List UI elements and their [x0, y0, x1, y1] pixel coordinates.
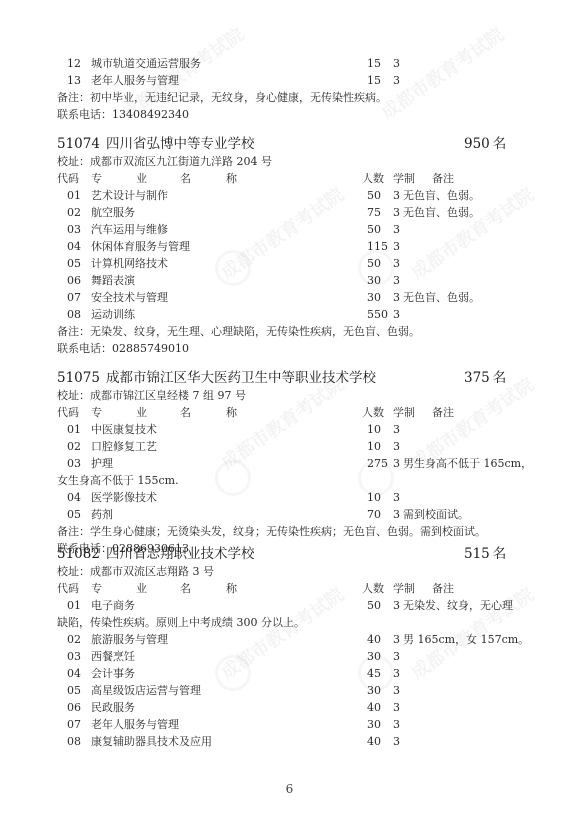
school-address: 校址：成都市双流区志翔路 3 号: [57, 565, 214, 579]
enrollment-count: 30: [367, 718, 381, 732]
program-years: 3: [393, 667, 400, 681]
header-notes: 备注: [432, 406, 454, 420]
major-code: 01: [67, 423, 81, 437]
quota-number: 950: [464, 136, 490, 152]
header-years: 学制: [393, 406, 415, 420]
enrollment-count: 15: [367, 74, 381, 88]
program-years: 3: [393, 718, 400, 732]
school-title: 51074四川省弘博中等专业学校 950名: [57, 135, 537, 153]
school-id: 51075: [57, 370, 100, 386]
program-years: 3: [393, 457, 400, 471]
table-row: 08 康复辅助器具技术及应用 40 3: [0, 735, 579, 749]
table-row: 03 护理 275 3 男生身高不低于 165cm，: [0, 457, 579, 471]
major-code: 04: [67, 240, 81, 254]
school-name: 四川省志翔职业技术学校: [106, 546, 255, 562]
school-name: 成都市锦江区华大医药卫生中等职业技术学校: [106, 370, 376, 386]
enrollment-count: 75: [367, 206, 381, 220]
header-name-char: 业: [136, 406, 147, 420]
table-row: 05 计算机网络技术 50 3: [0, 257, 579, 271]
major-note: 无染发、纹身，无心理: [403, 599, 513, 613]
table-row: 02 旅游服务与管理 40 3 男 165cm，女 157cm。: [0, 633, 579, 647]
major-name: 中医康复技术: [91, 423, 157, 437]
program-years: 3: [393, 684, 400, 698]
header-count: 人数: [362, 406, 384, 420]
program-years: 3: [393, 599, 400, 613]
program-years: 3: [393, 735, 400, 749]
major-name: 舞蹈表演: [91, 274, 135, 288]
enrollment-count: 50: [367, 223, 381, 237]
table-row: 06 舞蹈表演 30 3: [0, 274, 579, 288]
enrollment-count: 10: [367, 423, 381, 437]
table-row: 01 艺术设计与制作 50 3 无色盲、色弱。: [0, 189, 579, 203]
major-note: 无色盲、色弱。: [403, 291, 480, 305]
table-row: 02 口腔修复工艺 10 3: [0, 440, 579, 454]
major-name: 艺术设计与制作: [91, 189, 168, 203]
table-row: 08 运动训练 550 3: [0, 308, 579, 322]
major-name: 老年人服务与管理: [91, 74, 179, 88]
table-header: 代码 专 业 名 称 人数 学制 备注: [0, 582, 579, 596]
program-years: 3: [393, 206, 400, 220]
enrollment-count: 50: [367, 257, 381, 271]
major-name: 城市轨道交通运营服务: [91, 57, 201, 71]
program-years: 3: [393, 508, 400, 522]
enrollment-count: 10: [367, 491, 381, 505]
school-id: 51082: [57, 546, 100, 562]
watermark: 成都市教育考试院: [376, 21, 509, 125]
table-row: 13 老年人服务与管理 15 3: [0, 74, 579, 88]
quota-unit: 名: [493, 546, 507, 562]
major-note: 男生身高不低于 165cm，: [403, 457, 532, 471]
major-code: 12: [67, 57, 81, 71]
major-code: 04: [67, 667, 81, 681]
table-row: 04 休闲体育服务与管理 115 3: [0, 240, 579, 254]
school-name: 四川省弘博中等专业学校: [106, 136, 255, 152]
enrollment-count: 550: [367, 308, 388, 322]
table-row: 07 安全技术与管理 30 3 无色盲、色弱。: [0, 291, 579, 305]
quota-unit: 名: [493, 136, 507, 152]
table-row: 01 中医康复技术 10 3: [0, 423, 579, 437]
major-name: 安全技术与管理: [91, 291, 168, 305]
school-address: 校址：成都市双流区九江街道九洋路 204 号: [57, 155, 272, 169]
school-title: 51075成都市锦江区华大医药卫生中等职业技术学校 375名: [57, 369, 537, 387]
major-code: 01: [67, 599, 81, 613]
major-name: 计算机网络技术: [91, 257, 168, 271]
major-code: 06: [67, 701, 81, 715]
major-code: 05: [67, 257, 81, 271]
major-name: 康复辅助器具技术及应用: [91, 735, 212, 749]
major-code: 02: [67, 440, 81, 454]
enrollment-count: 30: [367, 684, 381, 698]
major-code: 02: [67, 633, 81, 647]
header-code: 代码: [57, 172, 79, 186]
major-code: 05: [67, 508, 81, 522]
school-title: 51082四川省志翔职业技术学校 515名: [57, 545, 537, 563]
enrollment-count: 115: [367, 240, 388, 254]
major-code: 13: [67, 74, 81, 88]
program-years: 3: [393, 633, 400, 647]
enrollment-count: 40: [367, 735, 381, 749]
major-name: 护理: [91, 457, 113, 471]
program-years: 3: [393, 650, 400, 664]
major-code: 02: [67, 206, 81, 220]
major-code: 01: [67, 189, 81, 203]
table-row: 06 民政服务 40 3: [0, 701, 579, 715]
major-note: 需到校面试。: [403, 508, 469, 522]
major-name: 会计事务: [91, 667, 135, 681]
major-name: 老年人服务与管理: [91, 718, 179, 732]
enrollment-count: 15: [367, 57, 381, 71]
quota-number: 515: [464, 546, 490, 562]
header-years: 学制: [393, 582, 415, 596]
table-row: 05 药剂 70 3 需到校面试。: [0, 508, 579, 522]
program-years: 3: [393, 291, 400, 305]
program-years: 3: [393, 189, 400, 203]
school-quota: 375名: [464, 369, 506, 387]
enrollment-count: 30: [367, 291, 381, 305]
program-years: 3: [393, 491, 400, 505]
major-code: 06: [67, 274, 81, 288]
major-name: 旅游服务与管理: [91, 633, 168, 647]
enrollment-count: 45: [367, 667, 381, 681]
table-row: 04 会计事务 45 3: [0, 667, 579, 681]
enrollment-count: 50: [367, 189, 381, 203]
major-code: 08: [67, 735, 81, 749]
school-quota: 515名: [464, 545, 506, 563]
major-name: 航空服务: [91, 206, 135, 220]
program-years: 3: [393, 57, 400, 71]
page-number: 6: [0, 782, 579, 796]
remarks: 备注：初中毕业，无违纪记录，无纹身，身心健康，无传染性疾病。: [57, 91, 387, 105]
major-code: 07: [67, 718, 81, 732]
program-years: 3: [393, 308, 400, 322]
program-years: 3: [393, 440, 400, 454]
header-name-char: 名: [180, 172, 191, 186]
quota-unit: 名: [493, 370, 507, 386]
enrollment-count: 275: [367, 457, 388, 471]
program-years: 3: [393, 223, 400, 237]
enrollment-count: 50: [367, 599, 381, 613]
contact-phone: 联系电话：13408492340: [57, 108, 189, 122]
major-note-continued: 女生身高不低于 155cm.: [57, 474, 179, 488]
major-code: 04: [67, 491, 81, 505]
header-name-char: 称: [226, 406, 237, 420]
major-code: 03: [67, 223, 81, 237]
program-years: 3: [393, 257, 400, 271]
major-code: 05: [67, 684, 81, 698]
table-row: 01 电子商务 50 3 无染发、纹身，无心理: [0, 599, 579, 613]
header-code: 代码: [57, 582, 79, 596]
header-count: 人数: [362, 172, 384, 186]
major-name: 医学影像技术: [91, 491, 157, 505]
quota-number: 375: [464, 370, 490, 386]
major-name: 民政服务: [91, 701, 135, 715]
enrollment-count: 40: [367, 701, 381, 715]
program-years: 3: [393, 701, 400, 715]
major-name: 高星级饭店运营与管理: [91, 684, 201, 698]
header-years: 学制: [393, 172, 415, 186]
table-row: 03 西餐烹饪 30 3: [0, 650, 579, 664]
header-name-char: 专: [91, 582, 102, 596]
header-name-char: 专: [91, 406, 102, 420]
major-note-continued: 缺陷，传染性疾病。原则上中考成绩 300 分以上。: [57, 616, 305, 630]
table-row: 12 城市轨道交通运营服务 15 3: [0, 57, 579, 71]
table-header: 代码 专 业 名 称 人数 学制 备注: [0, 172, 579, 186]
enrollment-count: 40: [367, 633, 381, 647]
program-years: 3: [393, 274, 400, 288]
major-note: 无色盲、色弱。: [403, 189, 480, 203]
header-name-char: 称: [226, 582, 237, 596]
table-row: 02 航空服务 75 3 无色盲、色弱。: [0, 206, 579, 220]
program-years: 3: [393, 423, 400, 437]
remarks: 备注：学生身心健康；无烫染头发，纹身；无传染性疾病；无色盲、色弱。需到校面试。: [57, 525, 486, 539]
program-years: 3: [393, 240, 400, 254]
enrollment-count: 30: [367, 274, 381, 288]
major-name: 电子商务: [91, 599, 135, 613]
major-name: 药剂: [91, 508, 113, 522]
school-id: 51074: [57, 136, 100, 152]
major-name: 休闲体育服务与管理: [91, 240, 190, 254]
major-note: 无色盲、色弱。: [403, 206, 480, 220]
header-count: 人数: [362, 582, 384, 596]
school-quota: 950名: [464, 135, 506, 153]
header-name-char: 业: [136, 172, 147, 186]
header-code: 代码: [57, 406, 79, 420]
major-code: 08: [67, 308, 81, 322]
table-row: 05 高星级饭店运营与管理 30 3: [0, 684, 579, 698]
major-name: 汽车运用与维修: [91, 223, 168, 237]
header-notes: 备注: [432, 582, 454, 596]
major-name: 西餐烹饪: [91, 650, 135, 664]
header-name-char: 专: [91, 172, 102, 186]
enrollment-count: 30: [367, 650, 381, 664]
table-header: 代码 专 业 名 称 人数 学制 备注: [0, 406, 579, 420]
major-code: 03: [67, 650, 81, 664]
document-page: 成都市教育考试院 成都市教育考试院 成都市教育考试院 成都市教育考试院 成都市教…: [0, 0, 579, 819]
major-code: 07: [67, 291, 81, 305]
header-name-char: 名: [180, 582, 191, 596]
contact-phone: 联系电话：02885749010: [57, 342, 189, 356]
major-note: 男 165cm，女 157cm。: [403, 633, 529, 647]
table-row: 03 汽车运用与维修 50 3: [0, 223, 579, 237]
header-name-char: 名: [180, 406, 191, 420]
program-years: 3: [393, 74, 400, 88]
major-name: 口腔修复工艺: [91, 440, 157, 454]
header-name-char: 称: [226, 172, 237, 186]
enrollment-count: 70: [367, 508, 381, 522]
major-name: 运动训练: [91, 308, 135, 322]
header-notes: 备注: [432, 172, 454, 186]
remarks: 备注：无染发、纹身，无生理、心理缺陷，无传染性疾病，无色盲、色弱。: [57, 325, 420, 339]
major-code: 03: [67, 457, 81, 471]
table-row: 04 医学影像技术 10 3: [0, 491, 579, 505]
school-address: 校址：成都市锦江区皇经楼 7 组 97 号: [57, 389, 246, 403]
header-name-char: 业: [136, 582, 147, 596]
enrollment-count: 10: [367, 440, 381, 454]
table-row: 07 老年人服务与管理 30 3: [0, 718, 579, 732]
